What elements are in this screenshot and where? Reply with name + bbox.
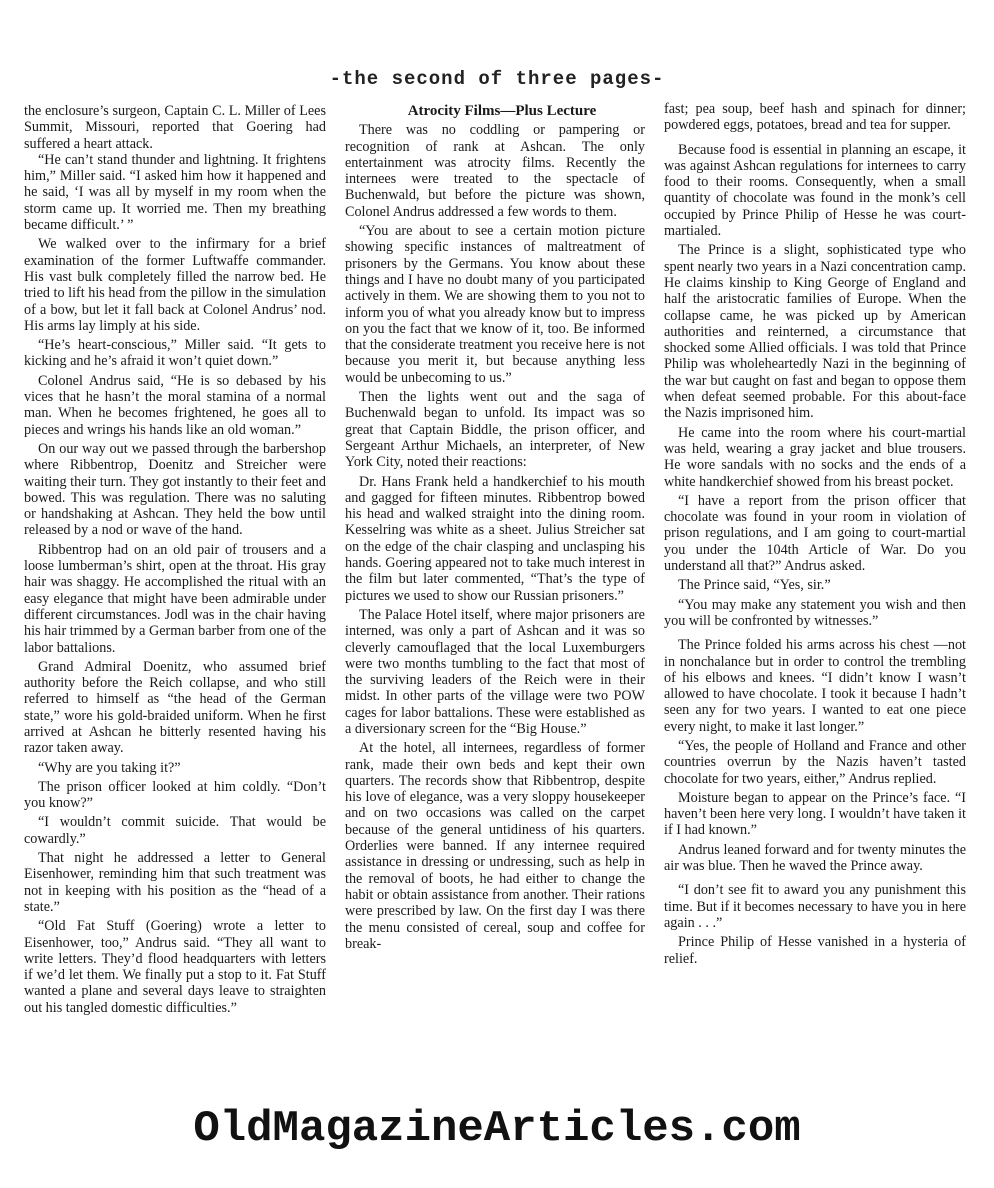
- paragraph: We walked over to the infirmary for a br…: [24, 236, 326, 334]
- paragraph: The Prince folded his arms across his ch…: [664, 637, 966, 735]
- paragraph: “You may make any statement you wish and…: [664, 597, 966, 630]
- paragraph: Moisture began to appear on the Prince’s…: [664, 790, 966, 839]
- paragraph: On our way out we passed through the bar…: [24, 441, 326, 539]
- article-column-middle: Atrocity Films—Plus Lecture There was no…: [345, 103, 645, 952]
- paragraph: The Prince said, “Yes, sir.”: [664, 577, 966, 593]
- paragraph: He came into the room where his court-ma…: [664, 425, 966, 490]
- paragraph: At the hotel, all internees, regardless …: [345, 740, 645, 952]
- paragraph: Dr. Hans Frank held a handkerchief to hi…: [345, 474, 645, 604]
- paragraph: “I don’t see fit to award you any punish…: [664, 882, 966, 931]
- paragraph: “I wouldn’t commit suicide. That would b…: [24, 814, 326, 847]
- paragraph: The Prince is a slight, sophisticated ty…: [664, 242, 966, 421]
- paragraph: The prison officer looked at him coldly.…: [24, 779, 326, 812]
- article-column-left: the enclosure’s surgeon, Captain C. L. M…: [24, 103, 326, 1016]
- paragraph: “He’s heart-conscious,” Miller said. “It…: [24, 337, 326, 370]
- paragraph: Prince Philip of Hesse vanished in a hys…: [664, 934, 966, 967]
- paragraph: “Old Fat Stuff (Goering) wrote a letter …: [24, 918, 326, 1016]
- paragraph: the enclosure’s surgeon, Captain C. L. M…: [24, 103, 326, 152]
- running-title: -the second of three pages-: [0, 68, 994, 90]
- paragraph: Ribbentrop had on an old pair of trouser…: [24, 542, 326, 656]
- article-column-right: fast; pea soup, beef hash and spinach fo…: [664, 101, 966, 967]
- paragraph: That night he addressed a letter to Gene…: [24, 850, 326, 915]
- paragraph: Andrus leaned forward and for twenty min…: [664, 842, 966, 875]
- paragraph: Colonel Andrus said, “He is so debased b…: [24, 373, 326, 438]
- section-subhead: Atrocity Films—Plus Lecture: [345, 103, 645, 119]
- paragraph: “Yes, the people of Holland and France a…: [664, 738, 966, 787]
- paragraph: “Why are you taking it?”: [24, 760, 326, 776]
- site-watermark: OldMagazineArticles.com: [0, 1104, 994, 1154]
- paragraph: “I have a report from the prison officer…: [664, 493, 966, 574]
- paragraph: The Palace Hotel itself, where major pri…: [345, 607, 645, 737]
- paragraph: fast; pea soup, beef hash and spinach fo…: [664, 101, 966, 134]
- paragraph: There was no coddling or pampering or re…: [345, 122, 645, 220]
- paragraph: “He can’t stand thunder and lightning. I…: [24, 152, 326, 233]
- paragraph: Then the lights went out and the saga of…: [345, 389, 645, 470]
- paragraph: Because food is essential in planning an…: [664, 142, 966, 240]
- paragraph: Grand Admiral Doenitz, who assumed brief…: [24, 659, 326, 757]
- paragraph: “You are about to see a certain motion p…: [345, 223, 645, 386]
